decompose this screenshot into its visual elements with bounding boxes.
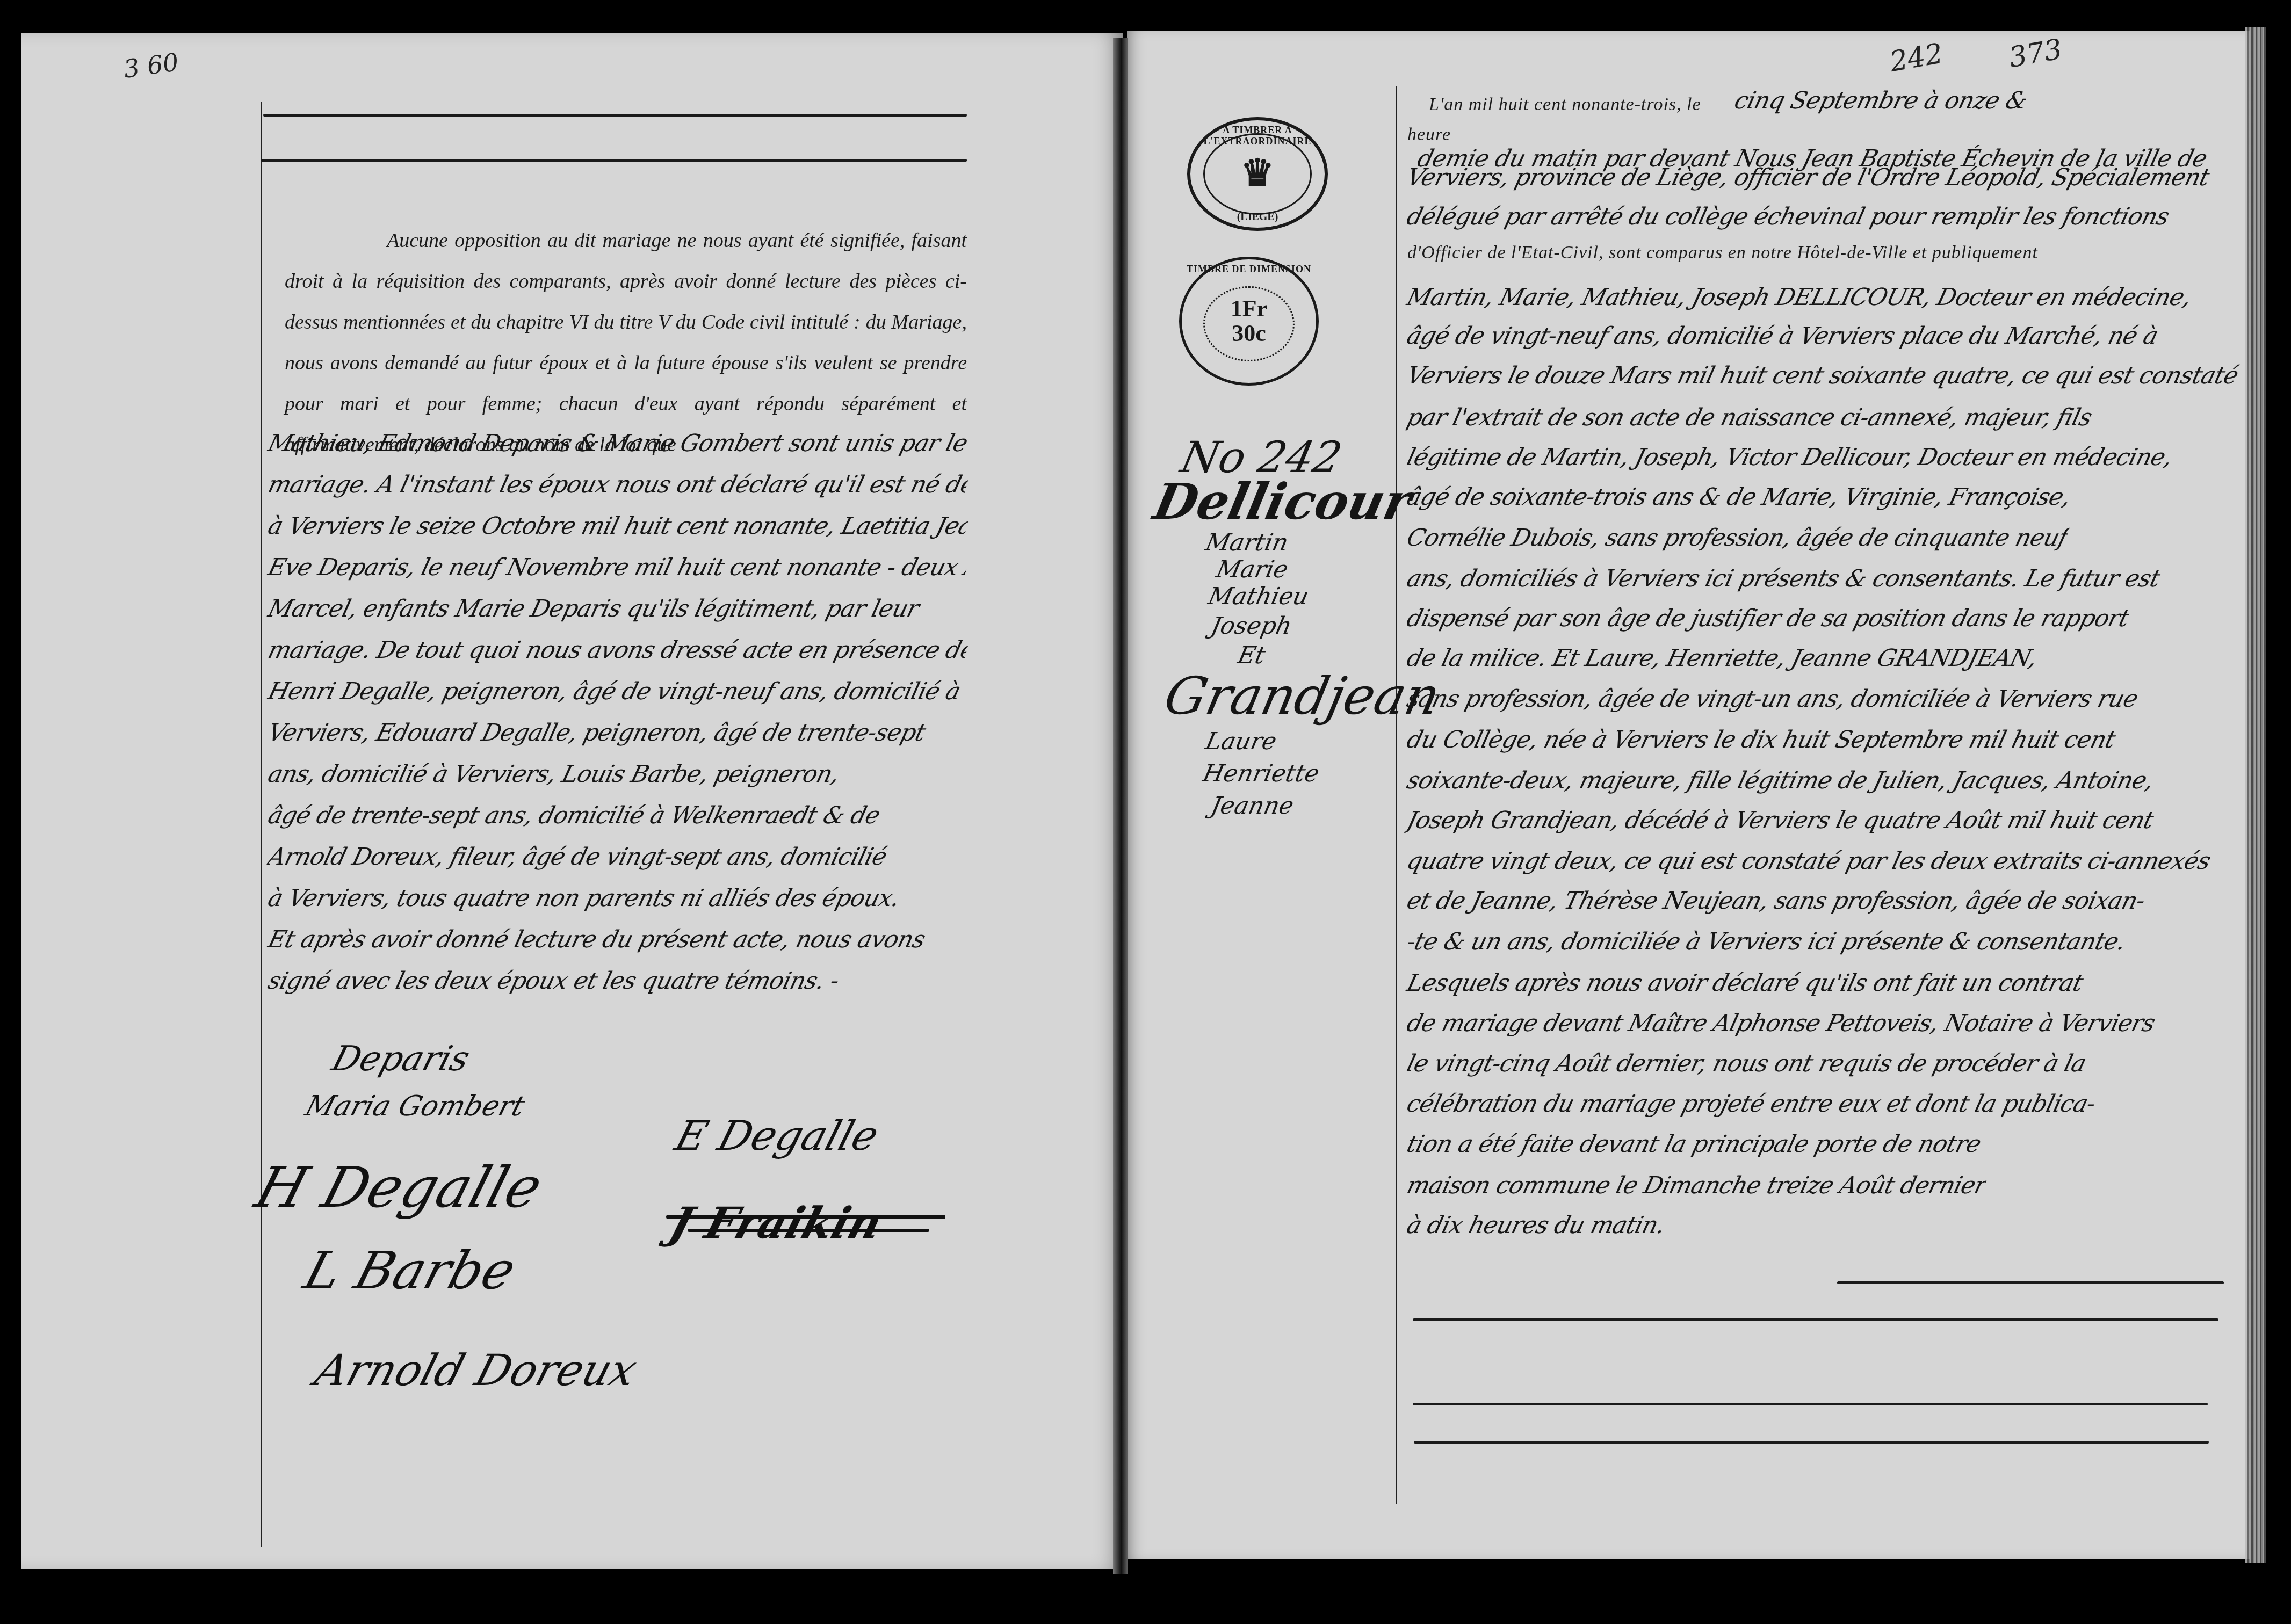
left-margin-rule bbox=[261, 102, 262, 1547]
handwritten-line: Marcel, enfants Marie Deparis qu'ils lég… bbox=[265, 595, 971, 622]
handwritten-text: le vingt-cinq Août dernier, nous ont req… bbox=[1404, 1050, 2089, 1077]
conjunction-et: Et bbox=[1235, 642, 1268, 669]
body-line: d'Officier de l'Etat-Civil, sont comparu… bbox=[1407, 243, 2235, 263]
stamp-bottom-text: (LIEGE) bbox=[1190, 211, 1325, 223]
handwritten-text: légitime de Martin, Joseph, Victor Delli… bbox=[1404, 444, 2175, 471]
body-line: -te & un ans, domiciliée à Verviers ici … bbox=[1407, 928, 2235, 958]
groom-given-name-3: Mathieu bbox=[1206, 583, 1312, 610]
body-line: délégué par arrêté du collège échevinal … bbox=[1407, 203, 2235, 233]
body-line: de la milice. Et Laure, Henriette, Jeann… bbox=[1407, 644, 2235, 675]
left-header-rule-2 bbox=[261, 159, 967, 162]
body-line: Martin, Marie, Mathieu, Joseph DELLICOUR… bbox=[1407, 284, 2235, 314]
handwritten-text: et de Jeanne, Thérèse Neujean, sans prof… bbox=[1404, 887, 2148, 915]
page-stack-edges bbox=[2245, 27, 2266, 1563]
signature-notary: J Fraikin bbox=[664, 1198, 888, 1248]
signature-flourish-2 bbox=[688, 1229, 929, 1232]
body-line: et de Jeanne, Thérèse Neujean, sans prof… bbox=[1407, 887, 2235, 917]
handwritten-text: Lesquels après nous avoir déclaré qu'ils… bbox=[1404, 969, 2086, 997]
closing-rule-3 bbox=[1413, 1403, 2208, 1405]
handwritten-line: Henri Degalle, peigneron, âgé de vingt-n… bbox=[265, 678, 971, 705]
handwritten-text: âgé de vingt-neuf ans, domicilié à Vervi… bbox=[1404, 322, 2161, 350]
signature-l-barbe: L Barbe bbox=[298, 1241, 522, 1301]
bride-surname: Grandjean bbox=[1159, 666, 1446, 726]
groom-given-name-4: Joseph bbox=[1209, 612, 1295, 640]
handwritten-line: mariage. De tout quoi nous avons dressé … bbox=[265, 636, 971, 664]
stamp-extraordinaire: A TIMBRER A L'EXTRAORDINAIRE ♛ (LIEGE) bbox=[1187, 117, 1328, 231]
handwritten-line: Verviers, Edouard Degalle, peigneron, âg… bbox=[265, 719, 971, 746]
handwritten-text: sans profession, âgée de vingt-un ans, d… bbox=[1404, 685, 2141, 713]
handwritten-text: -te & un ans, domiciliée à Verviers ici … bbox=[1404, 928, 2128, 955]
printed-intro: L'an mil huit cent nonante-trois, le bbox=[1429, 95, 1701, 115]
groom-surname: Dellicour bbox=[1149, 473, 1417, 531]
body-line: Lesquels après nous avoir déclaré qu'ils… bbox=[1407, 969, 2235, 999]
signature-e-degalle: E Degalle bbox=[670, 1112, 884, 1159]
groom-given-name-2: Marie bbox=[1214, 556, 1291, 583]
handwritten-line: à Verviers le seize Octobre mil huit cen… bbox=[265, 512, 971, 540]
signature-h-degalle: H Degalle bbox=[249, 1155, 550, 1220]
handwritten-text: du Collège, née à Verviers le dix huit S… bbox=[1404, 726, 2118, 753]
handwritten-text: dispensé par son âge de justifier de sa … bbox=[1404, 605, 2132, 632]
stamp-ring-text: TIMBRE DE DIMENSION bbox=[1182, 264, 1316, 275]
signature-arnold-doreux: Arnold Doreux bbox=[310, 1345, 642, 1395]
handwritten-line: signé avec les deux époux et les quatre … bbox=[265, 967, 971, 995]
body-line: maison commune le Dimanche treize Août d… bbox=[1407, 1172, 2235, 1202]
handwritten-text: par l'extrait de son acte de naissance c… bbox=[1404, 404, 2095, 431]
body-line: âgé de soixante-trois ans & de Marie, Vi… bbox=[1407, 483, 2235, 513]
body-line: Verviers, province de Liège, officier de… bbox=[1407, 164, 2235, 194]
handwritten-text: Martin, Marie, Mathieu, Joseph DELLICOUR… bbox=[1404, 284, 2194, 311]
body-line: tion a été faite devant la principale po… bbox=[1407, 1130, 2235, 1161]
groom-given-name-1: Martin bbox=[1203, 529, 1291, 556]
handwritten-text: maison commune le Dimanche treize Août d… bbox=[1404, 1172, 1989, 1199]
body-line: de mariage devant Maître Alphonse Pettov… bbox=[1407, 1010, 2235, 1040]
handwritten-text: à dix heures du matin. bbox=[1404, 1212, 1668, 1239]
bride-given-name-2: Henriette bbox=[1201, 760, 1322, 787]
handwritten-text: Verviers, province de Liège, officier de… bbox=[1404, 164, 2213, 191]
stamp-dimension: TIMBRE DE DIMENSION 1Fr 30c bbox=[1179, 257, 1319, 386]
handwritten-text: de mariage devant Maître Alphonse Pettov… bbox=[1404, 1010, 2158, 1037]
handwritten-text: cinq Septembre à onze & bbox=[1732, 87, 2030, 114]
printed-text: d'Officier de l'Etat-Civil, sont comparu… bbox=[1407, 243, 2038, 263]
body-line: du Collège, née à Verviers le dix huit S… bbox=[1407, 726, 2235, 756]
stamp-ring-text: A TIMBRER A L'EXTRAORDINAIRE bbox=[1190, 125, 1325, 147]
handwritten-text: de la milice. Et Laure, Henriette, Jeann… bbox=[1404, 644, 2040, 672]
handwritten-text: quatre vingt deux, ce qui est constaté p… bbox=[1404, 847, 2213, 875]
body-line: par l'extrait de son acte de naissance c… bbox=[1407, 404, 2235, 434]
body-line: sans profession, âgée de vingt-un ans, d… bbox=[1407, 685, 2235, 715]
handwritten-line: à Verviers, tous quatre non parents ni a… bbox=[265, 885, 971, 912]
signature-flourish bbox=[666, 1215, 945, 1219]
handwritten-line: Eve Deparis, le neuf Novembre mil huit c… bbox=[265, 554, 971, 581]
handwritten-text: célébration du mariage projeté entre eux… bbox=[1404, 1090, 2098, 1118]
handwritten-text: Verviers le douze Mars mil huit cent soi… bbox=[1404, 362, 2241, 389]
closing-rule-1 bbox=[1837, 1281, 2224, 1284]
handwritten-text: délégué par arrêté du collège échevinal … bbox=[1404, 203, 2172, 230]
body-line: ans, domiciliés à Verviers ici présents … bbox=[1407, 565, 2235, 595]
handwritten-line: Arnold Doreux, fileur, âgé de vingt-sept… bbox=[265, 843, 971, 871]
handwritten-line: mariage. A l'instant les époux nous ont … bbox=[265, 471, 971, 498]
body-line: le vingt-cinq Août dernier, nous ont req… bbox=[1407, 1050, 2235, 1080]
printed-text: heure bbox=[1407, 125, 1451, 144]
handwritten-text: soixante-deux, majeure, fille légitime d… bbox=[1404, 767, 2157, 794]
body-line: dispensé par son âge de justifier de sa … bbox=[1407, 605, 2235, 635]
handwritten-text: Cornélie Dubois, sans profession, âgée d… bbox=[1404, 524, 2071, 552]
body-line: Verviers le douze Mars mil huit cent soi… bbox=[1407, 362, 2235, 392]
body-line: quatre vingt deux, ce qui est constaté p… bbox=[1407, 847, 2235, 878]
handwritten-line: âgé de trente-sept ans, domicilié à Welk… bbox=[265, 802, 971, 829]
body-line: célébration du mariage projeté entre eux… bbox=[1407, 1090, 2235, 1120]
handwritten-text: âgé de soixante-trois ans & de Marie, Vi… bbox=[1404, 483, 2073, 511]
body-line: cinq Septembre à onze & bbox=[1735, 87, 2218, 117]
handwritten-line: Et après avoir donné lecture du présent … bbox=[265, 926, 971, 953]
body-line: Cornélie Dubois, sans profession, âgée d… bbox=[1407, 524, 2235, 554]
printed-paragraph: Aucune opposition au dit mariage ne nous… bbox=[285, 220, 967, 465]
signature-maria-gombert: Maria Gombert bbox=[301, 1090, 528, 1122]
left-header-rule-1 bbox=[263, 114, 967, 117]
body-line: légitime de Martin, Joseph, Victor Delli… bbox=[1407, 444, 2235, 474]
handwritten-line: ans, domicilié à Verviers, Louis Barbe, … bbox=[265, 760, 971, 788]
closing-rule-2 bbox=[1413, 1318, 2218, 1321]
right-margin-rule bbox=[1396, 86, 1397, 1504]
handwritten-text: tion a été faite devant la principale po… bbox=[1404, 1130, 1984, 1158]
body-line: âgé de vingt-neuf ans, domicilié à Vervi… bbox=[1407, 322, 2235, 352]
handwritten-text: ans, domiciliés à Verviers ici présents … bbox=[1404, 565, 2163, 592]
body-line: à dix heures du matin. bbox=[1407, 1212, 2235, 1242]
book-gutter bbox=[1113, 38, 1128, 1574]
handwritten-text: Joseph Grandjean, décédé à Verviers le q… bbox=[1404, 807, 2157, 834]
body-line: soixante-deux, majeure, fille légitime d… bbox=[1407, 767, 2235, 797]
body-line: Joseph Grandjean, décédé à Verviers le q… bbox=[1407, 807, 2235, 837]
bride-given-name-1: Laure bbox=[1203, 728, 1280, 755]
signature-deparis: Deparis bbox=[327, 1039, 474, 1079]
handwritten-line: Mathieu, Edmond Deparis & Marie Gombert … bbox=[265, 430, 971, 457]
closing-rule-4 bbox=[1414, 1441, 2209, 1444]
bride-given-name-3: Jeanne bbox=[1209, 792, 1296, 820]
